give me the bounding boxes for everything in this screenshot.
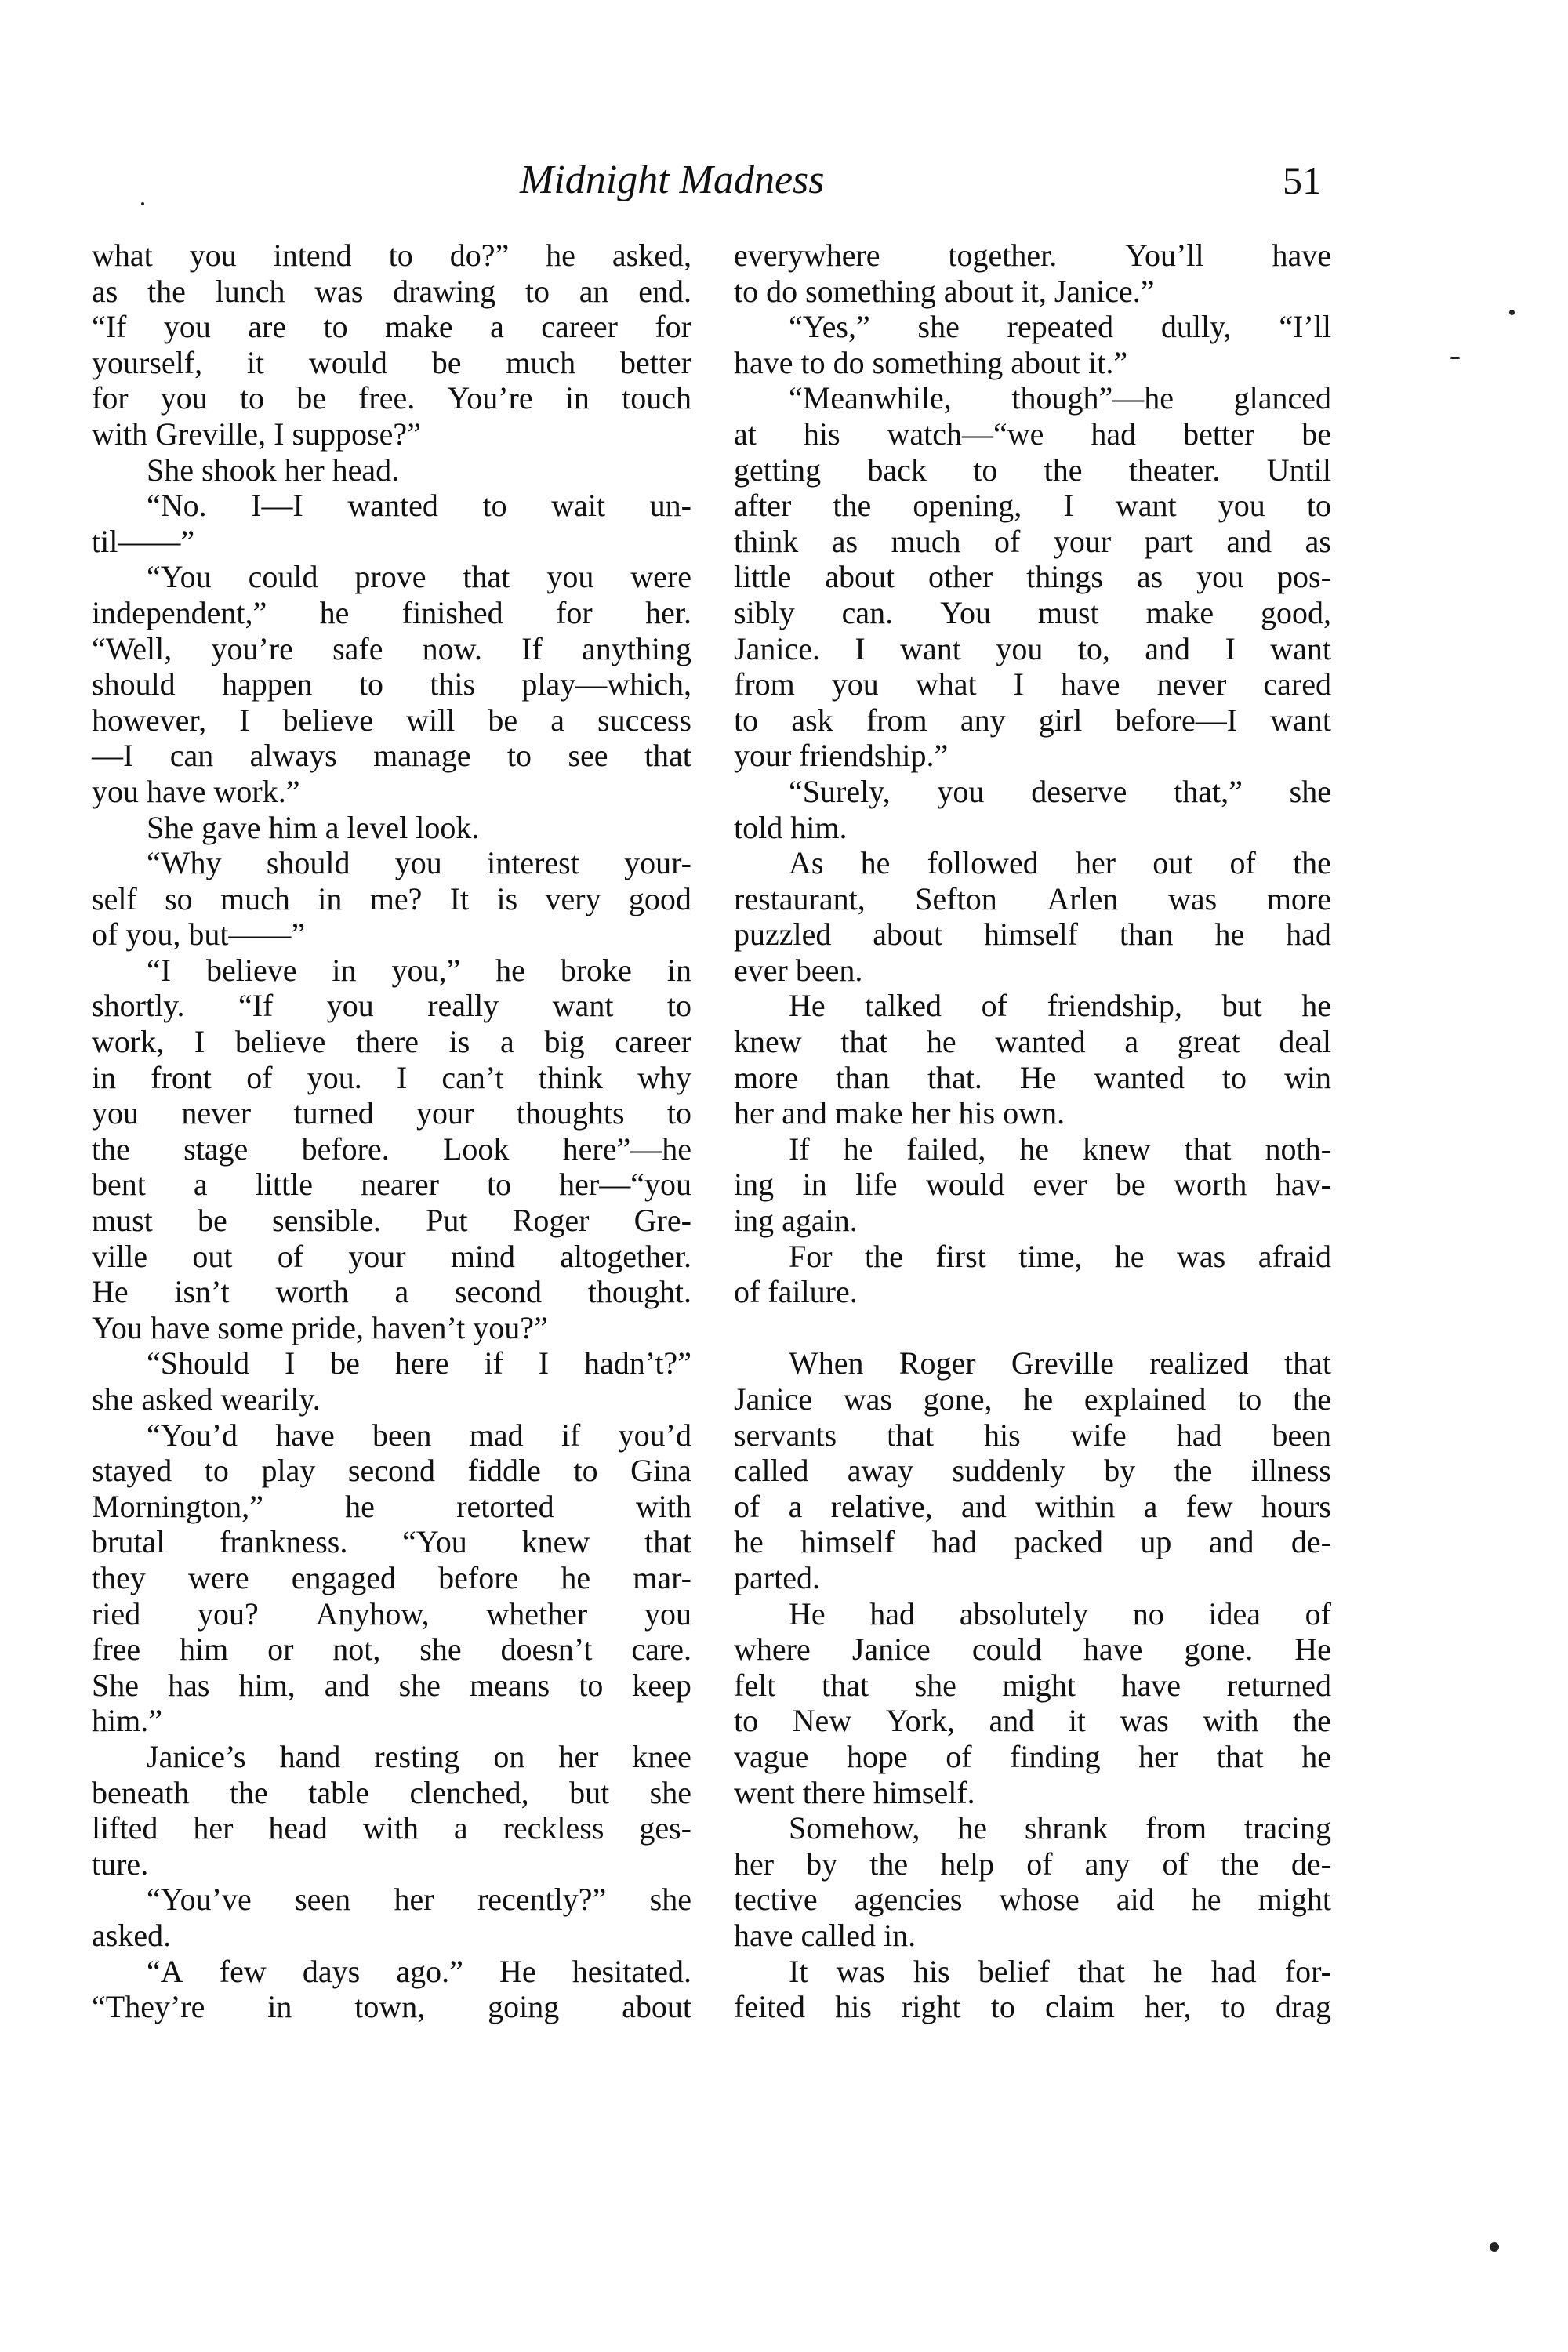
text-line: Janice.Iwantyouto,andIwant — [734, 631, 1331, 667]
word: brutal — [92, 1524, 165, 1560]
text-line: ing again. — [734, 1203, 1331, 1239]
word: any — [1085, 1846, 1131, 1882]
word: were — [630, 559, 691, 595]
word: she — [650, 1882, 691, 1918]
word: help — [940, 1846, 994, 1882]
word: Look — [443, 1131, 509, 1167]
word: want — [1270, 702, 1331, 739]
word: of — [1305, 1596, 1331, 1632]
word: that,” — [1174, 774, 1243, 810]
word: “If — [238, 988, 273, 1024]
word: could — [972, 1632, 1042, 1668]
word: within — [1035, 1489, 1115, 1525]
word: he — [1215, 916, 1245, 953]
word: himself — [800, 1524, 895, 1560]
word: the — [1293, 845, 1331, 881]
word: however, — [92, 702, 206, 739]
word: she — [915, 1668, 956, 1704]
word: a — [490, 309, 504, 345]
word: front — [151, 1060, 212, 1096]
text-line: villeoutofyourmindaltogether. — [92, 1239, 691, 1275]
word: your- — [624, 845, 691, 881]
word: friendship, — [1047, 988, 1182, 1024]
text-line: “No.I—Iwantedtowaitun- — [92, 488, 691, 524]
word: his — [984, 1417, 1021, 1454]
word: free. — [358, 380, 415, 416]
word: stayed — [92, 1453, 172, 1489]
text-line: selfsomuchinme?Itisverygood — [92, 881, 691, 917]
word: had — [1091, 416, 1136, 452]
word: your — [348, 1239, 405, 1275]
word: at — [734, 416, 757, 452]
word: “You’d — [147, 1417, 238, 1454]
word: frankness. — [220, 1524, 347, 1560]
word: were — [188, 1560, 249, 1596]
word: I — [1225, 631, 1235, 667]
word: her — [734, 1846, 774, 1882]
word: any — [960, 702, 1006, 739]
word: the — [865, 1239, 903, 1275]
running-header: Midnight Madness 51 — [0, 157, 1568, 204]
word: make — [385, 309, 453, 345]
word: worth — [275, 1274, 348, 1310]
text-line: “You’veseenherrecently?”she — [92, 1882, 691, 1918]
word: to — [507, 738, 532, 774]
word: from — [1145, 1810, 1207, 1846]
word: before. — [302, 1131, 390, 1167]
word: reckless — [503, 1810, 604, 1846]
word: from — [734, 666, 795, 702]
word: she — [399, 1668, 441, 1704]
word: for — [556, 595, 593, 631]
text-line: Hetalkedoffriendship,buthe — [734, 988, 1331, 1024]
word: Arlen — [1047, 881, 1118, 917]
page-number: 51 — [1275, 157, 1322, 204]
word: here”—he — [563, 1131, 691, 1167]
scan-speck — [1509, 310, 1515, 315]
word: as — [1305, 524, 1331, 560]
word: work, — [92, 1024, 164, 1060]
text-line: “Ifyouaretomakeacareerfor — [92, 309, 691, 345]
word: servants — [734, 1417, 837, 1454]
word: she — [918, 309, 960, 345]
text-line: Itwashisbeliefthathehadfor- — [734, 1954, 1331, 1990]
word: he — [1023, 1381, 1053, 1417]
word: pos- — [1277, 559, 1331, 595]
word: manage — [373, 738, 470, 774]
text-line: littleaboutotherthingsasyoupos- — [734, 559, 1331, 595]
word: good, — [1261, 595, 1331, 631]
word: believe — [283, 702, 374, 739]
word: Put — [426, 1203, 467, 1239]
word: going — [488, 1989, 559, 2025]
text-line: tectiveagencieswhoseaidhemight — [734, 1882, 1331, 1918]
word: absolutely — [960, 1596, 1088, 1632]
word: “I’ll — [1279, 309, 1331, 345]
word: town, — [354, 1989, 425, 2025]
word: success — [597, 702, 691, 739]
running-title: Midnight Madness — [520, 157, 860, 204]
word: tracing — [1244, 1810, 1331, 1846]
word: though”—he — [1011, 380, 1174, 416]
word: turned — [294, 1095, 374, 1131]
word: wanted — [347, 488, 438, 524]
word: an — [579, 274, 609, 310]
word: ask — [791, 702, 833, 739]
word: that — [840, 1024, 887, 1060]
text-line: gettingbacktothetheater.Until — [734, 452, 1331, 488]
word: glanced — [1234, 380, 1331, 416]
word: that — [1284, 1345, 1331, 1381]
word: aid — [1116, 1882, 1155, 1918]
word: Gina — [630, 1453, 691, 1489]
word: be — [296, 380, 326, 416]
word: shrank — [1025, 1810, 1109, 1846]
word: gone, — [924, 1381, 993, 1417]
word: a — [789, 1489, 803, 1525]
word: “You — [147, 559, 212, 595]
word: Janice. — [734, 631, 820, 667]
scan-speck — [1490, 2242, 1499, 2252]
word: was — [1120, 1703, 1169, 1739]
word: wife — [1071, 1417, 1127, 1454]
word: clenched, — [409, 1775, 528, 1811]
word: She — [92, 1668, 139, 1704]
word: yourself, — [92, 345, 202, 381]
word: never — [181, 1095, 251, 1131]
text-line: restaurant,SeftonArlenwasmore — [734, 881, 1331, 917]
word: his — [804, 416, 840, 452]
word: keep — [632, 1668, 691, 1704]
text-line: have called in. — [734, 1918, 1331, 1954]
word: hours — [1261, 1489, 1331, 1525]
word: the — [1174, 1453, 1213, 1489]
text-line: of you, but——” — [92, 916, 691, 953]
text-line: puzzledabouthimselfthanhehad — [734, 916, 1331, 953]
word: here — [395, 1345, 449, 1381]
word: before—I — [1116, 702, 1237, 739]
word: there — [356, 1024, 419, 1060]
word: much — [506, 345, 575, 381]
word: would — [309, 345, 387, 381]
word: felt — [734, 1668, 775, 1704]
text-line: independent,”hefinishedforher. — [92, 595, 691, 631]
word: you? — [198, 1596, 259, 1632]
word: was — [837, 1954, 885, 1990]
word: want — [553, 988, 614, 1024]
word: Sefton — [915, 881, 996, 917]
word: “Well, — [92, 631, 172, 667]
text-line: “Surely,youdeservethat,”she — [734, 774, 1331, 810]
text-line: ever been. — [734, 953, 1331, 989]
word: Greville — [1011, 1345, 1114, 1381]
word: have — [1122, 1668, 1181, 1704]
word: you — [92, 1095, 139, 1131]
text-line: stayedtoplaysecondfiddletoGina — [92, 1453, 691, 1489]
word: he — [1115, 1239, 1145, 1275]
word: much — [220, 881, 290, 917]
word: a — [194, 1167, 208, 1203]
word: he — [1301, 1739, 1331, 1775]
word: touch — [622, 380, 691, 416]
text-line: “ShouldIbehereifIhadn’t?” — [92, 1345, 691, 1381]
word: I — [1063, 488, 1073, 524]
word: Anyhow, — [315, 1596, 429, 1632]
word: part — [1145, 524, 1193, 560]
word: sibly — [734, 595, 795, 631]
word: everywhere — [734, 238, 880, 274]
word: to — [205, 1453, 229, 1489]
word: that. — [927, 1060, 982, 1096]
word: retorted — [456, 1489, 554, 1525]
text-line: knewthathewantedagreatdeal — [734, 1024, 1331, 1060]
word: —I — [92, 738, 133, 774]
word: she — [419, 1632, 461, 1668]
word: ever — [1033, 1167, 1087, 1203]
word: “I — [147, 953, 171, 989]
word: do?” — [450, 238, 510, 274]
word: play—which, — [521, 666, 691, 702]
word: in — [667, 953, 691, 989]
word: free — [92, 1632, 140, 1668]
word: will — [406, 702, 455, 739]
word: great — [1178, 1024, 1240, 1060]
text-line: thestagebefore.Lookhere”—he — [92, 1131, 691, 1167]
word: or — [267, 1632, 293, 1668]
section-break — [734, 1310, 1331, 1346]
word: better — [620, 345, 691, 381]
left-text-column: whatyouintendtodo?”heasked,asthelunchwas… — [92, 238, 691, 2025]
word: want — [1270, 631, 1331, 667]
word: hav- — [1276, 1167, 1331, 1203]
word: of — [994, 524, 1020, 560]
text-line: went there himself. — [734, 1775, 1331, 1811]
word: about — [825, 559, 895, 595]
word: should — [267, 845, 350, 881]
text-line: Heisn’tworthasecondthought. — [92, 1274, 691, 1310]
word: the — [833, 488, 871, 524]
scan-speck — [1450, 357, 1460, 359]
word: He — [499, 1954, 536, 1990]
word: realized — [1149, 1345, 1249, 1381]
text-line: brutalfrankness.“Youknewthat — [92, 1524, 691, 1560]
word: explained — [1084, 1381, 1207, 1417]
word: time, — [1018, 1239, 1082, 1275]
word: had — [1286, 916, 1331, 953]
word: I—I — [251, 488, 303, 524]
word: to — [1307, 488, 1331, 524]
word: that — [644, 738, 691, 774]
word: together. — [948, 238, 1057, 274]
text-line: mustbesensible.PutRogerGre- — [92, 1203, 691, 1239]
text-line: “Well,you’resafenow.Ifanything — [92, 631, 691, 667]
word: as — [1137, 559, 1163, 595]
word: nearer — [361, 1167, 439, 1203]
word: before — [438, 1560, 518, 1596]
word: little — [734, 559, 791, 595]
word: with — [1203, 1703, 1258, 1739]
word: few — [1186, 1489, 1233, 1525]
word: can. — [842, 595, 894, 631]
word: he — [345, 1489, 375, 1525]
word: girl — [1039, 702, 1083, 739]
word: me? — [370, 881, 423, 917]
word: whose — [1000, 1882, 1080, 1918]
word: where — [734, 1632, 811, 1668]
word: be — [1116, 1167, 1145, 1203]
word: things — [1026, 559, 1103, 595]
word: see — [568, 738, 608, 774]
word: the — [869, 1846, 908, 1882]
word: can — [170, 738, 214, 774]
word: more — [1267, 881, 1331, 917]
word: to — [389, 238, 413, 274]
word: “Why — [147, 845, 222, 881]
word: must — [92, 1203, 153, 1239]
word: of — [1162, 1846, 1188, 1882]
text-line: —Icanalwaysmanagetoseethat — [92, 738, 691, 774]
text-line: Janicewasgone,heexplainedtothe — [734, 1381, 1331, 1417]
word: I — [855, 631, 865, 667]
text-line: feltthatshemighthavereturned — [734, 1668, 1331, 1704]
word: “You — [402, 1524, 467, 1560]
word: the — [1044, 452, 1083, 488]
word: a — [1144, 1489, 1158, 1525]
text-line: vaguehopeoffindingherthathe — [734, 1739, 1331, 1775]
word: knew — [734, 1024, 802, 1060]
word: in — [332, 953, 356, 989]
word: of — [982, 988, 1007, 1024]
word: to — [973, 452, 997, 488]
word: New — [793, 1703, 852, 1739]
text-line: Mornington,”heretortedwith — [92, 1489, 691, 1525]
word: worth — [1174, 1167, 1247, 1203]
word: recently?” — [477, 1882, 606, 1918]
word: his — [913, 1954, 950, 1990]
word: asked, — [612, 238, 691, 274]
word: relative, — [831, 1489, 933, 1525]
word: have — [1083, 1632, 1143, 1668]
word: illness — [1251, 1453, 1331, 1489]
word: vague — [734, 1739, 809, 1775]
text-line: told him. — [734, 810, 1331, 846]
text-line: beneaththetableclenched,butshe — [92, 1775, 691, 1811]
word: have — [1272, 238, 1331, 274]
word: “You’ve — [147, 1882, 252, 1918]
word: not, — [332, 1632, 380, 1668]
word: called — [734, 1453, 809, 1489]
word: happen — [222, 666, 313, 702]
word: wait — [551, 488, 605, 524]
word: Janice — [734, 1381, 812, 1417]
word: and — [1209, 1524, 1254, 1560]
word: the — [230, 1775, 268, 1811]
word: you’d — [619, 1417, 691, 1454]
word: be — [198, 1203, 227, 1239]
word: to — [573, 1453, 597, 1489]
word: Mornington,” — [92, 1489, 263, 1525]
word: has — [168, 1668, 209, 1704]
word: knee — [632, 1739, 691, 1775]
text-line: aftertheopening,Iwantyouto — [734, 488, 1331, 524]
word: second — [348, 1453, 435, 1489]
text-line: “Yes,”sherepeateddully,“I’ll — [734, 309, 1331, 345]
word: believe — [206, 953, 297, 989]
word: “If — [92, 309, 126, 345]
word: that — [644, 1524, 691, 1560]
word: might — [1003, 1668, 1076, 1704]
text-line: “Meanwhile,though”—heglanced — [734, 380, 1331, 416]
word: care. — [631, 1632, 691, 1668]
word: isn’t — [174, 1274, 229, 1310]
word: failed, — [906, 1131, 985, 1167]
word: he — [927, 1024, 956, 1060]
word: in — [803, 1167, 827, 1203]
word: second — [455, 1274, 542, 1310]
word: broke — [561, 953, 632, 989]
word: He — [92, 1274, 129, 1310]
word: to — [667, 988, 691, 1024]
word: first — [935, 1239, 985, 1275]
word: Until — [1267, 452, 1331, 488]
text-line: “You’dhavebeenmadifyou’d — [92, 1417, 691, 1454]
word: the — [1221, 1846, 1259, 1882]
word: hope — [847, 1739, 908, 1775]
word: table — [308, 1775, 369, 1811]
text-line: freehimornot,shedoesn’tcare. — [92, 1632, 691, 1668]
word: that — [1078, 1954, 1125, 1990]
word: you — [1218, 488, 1265, 524]
word: her — [394, 1882, 434, 1918]
word: York, — [886, 1703, 955, 1739]
word: He — [1294, 1632, 1331, 1668]
word: was — [314, 274, 363, 310]
word: “Meanwhile, — [789, 380, 952, 416]
word: mar- — [633, 1560, 691, 1596]
word: whether — [486, 1596, 587, 1632]
text-line: asked. — [92, 1918, 691, 1954]
word: He — [789, 1596, 826, 1632]
word: self — [92, 881, 137, 917]
word: tective — [734, 1882, 818, 1918]
word: Somehow, — [789, 1810, 920, 1846]
word: her—“you — [559, 1167, 691, 1203]
word: I — [397, 1060, 407, 1096]
text-line: foryoutobefree.You’reintouch — [92, 380, 691, 416]
text-line: morethanthat.Hewantedtowin — [734, 1060, 1331, 1096]
word: must — [1038, 595, 1099, 631]
word: suddenly — [953, 1453, 1065, 1489]
text-line: She shook her head. — [92, 452, 691, 488]
text-line: ofarelative,andwithinafewhours — [734, 1489, 1331, 1525]
text-line: parted. — [734, 1560, 1331, 1596]
word: a — [500, 1024, 514, 1060]
word: you. — [307, 1060, 362, 1096]
word: hadn’t?” — [584, 1345, 691, 1381]
word: to — [359, 666, 383, 702]
word: what — [916, 666, 977, 702]
word: was — [844, 1381, 892, 1417]
word: thoughts — [517, 1095, 625, 1131]
word: and — [325, 1668, 370, 1704]
word: and — [961, 1489, 1007, 1525]
word: his — [835, 1989, 872, 2025]
text-line: calledawaysuddenlybytheillness — [734, 1453, 1331, 1489]
word: your — [416, 1095, 474, 1131]
word: deal — [1279, 1024, 1331, 1060]
word: better — [1183, 416, 1254, 452]
word: him — [180, 1632, 228, 1668]
